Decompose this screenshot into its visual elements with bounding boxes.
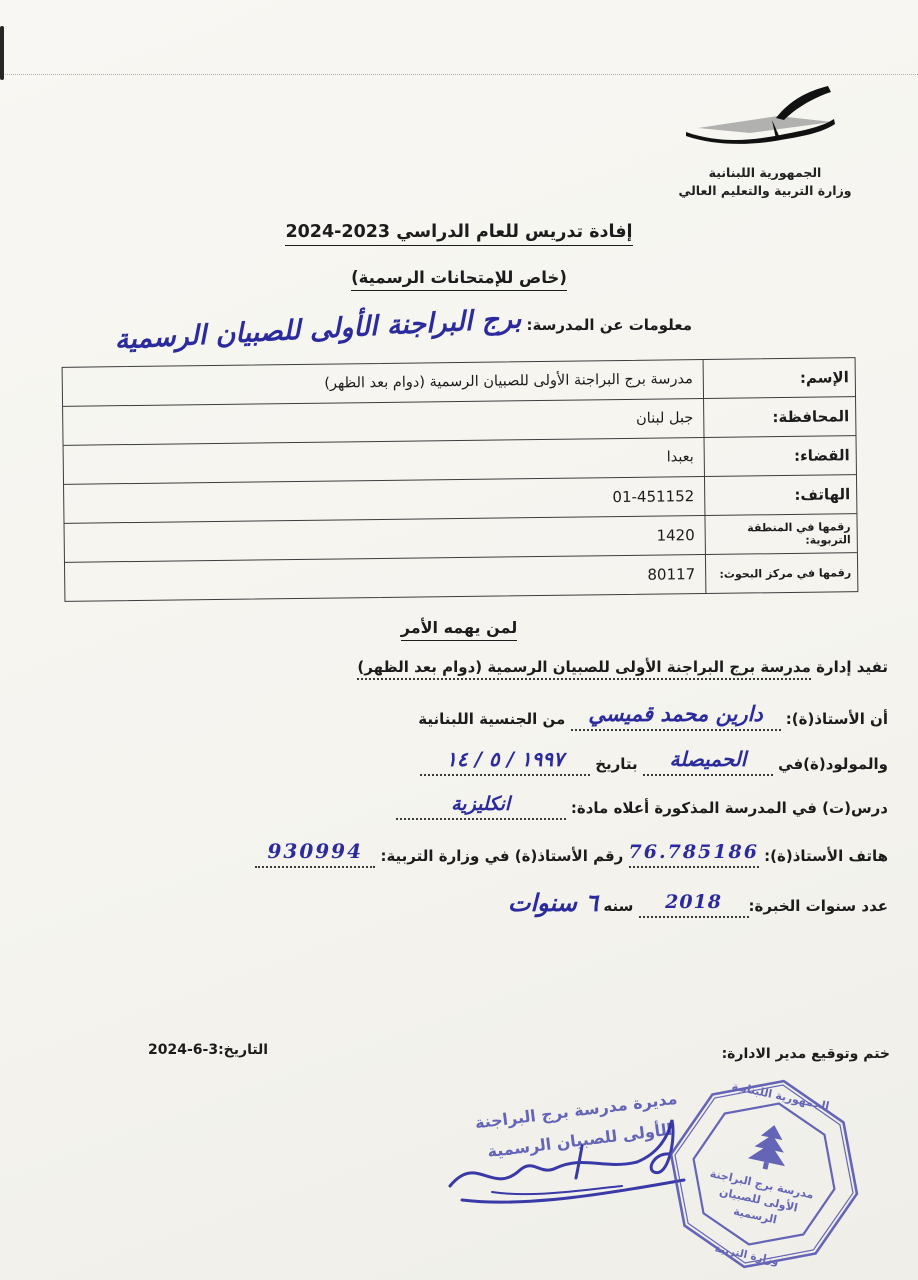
school-octagon-seal: الجمهورية اللبنانية وزارة التربية مدرسة … <box>662 1072 866 1276</box>
row-label: الهاتف: <box>704 475 856 515</box>
row-value: مدرسة برج البراجنة الأولى للصبيان الرسمي… <box>63 371 703 395</box>
scan-artifact-dotted-line <box>0 74 918 75</box>
date-value: 2024-6-3 <box>148 1042 218 1058</box>
attestation-line-6: عدد سنوات الخبرة:2018 سنه ٦ سنوات <box>40 888 888 934</box>
scan-artifact-corner-mark <box>0 26 4 80</box>
seal-ring-top-text: الجمهورية اللبنانية <box>731 1080 831 1113</box>
teacher-phone-blank: 76.785186 <box>629 844 759 868</box>
document-title: إفادة تدريس للعام الدراسي 2024-2023 <box>0 222 918 242</box>
row-value: 1420 <box>656 526 694 544</box>
row-value: 01-451152 <box>612 487 694 506</box>
handwritten-birthdate: ١٩٩٧ / ٥ / ١٤ <box>446 747 564 771</box>
teacher-name-blank: دارين محمد قميسي <box>571 704 781 731</box>
seal-ring-bottom-text: وزارة التربية <box>714 1243 780 1268</box>
handwritten-subject: انكليزية <box>451 793 510 815</box>
handwritten-school-name: برج البراجنة الأولى للصبيان الرسمية <box>114 303 522 355</box>
school-info-line: معلومات عن المدرسة: برج البراجنة الأولى … <box>114 306 692 337</box>
school-name-dotted: مدرسة برج البراجنة الأولى للصبيان الرسمي… <box>357 658 810 680</box>
handwritten-teacher-phone: 76.785186 <box>629 841 759 863</box>
attestation-line-3: والمولود(ة)في الحميصلة بتاريخ ١٩٩٧ / ٥ /… <box>40 750 888 796</box>
handwritten-birthplace: الحميصلة <box>669 747 746 771</box>
birthplace-blank: الحميصلة <box>643 750 773 776</box>
row-label: القضاء: <box>704 436 856 476</box>
handwritten-ministry-number: 930994 <box>267 839 363 863</box>
date-line: التاريخ:2024-6-3 <box>148 1042 268 1058</box>
title-years: 2024-2023 <box>285 222 390 242</box>
cedar-icon <box>748 1121 793 1166</box>
document-subtitle: (خاص للإمتحانات الرسمية) <box>0 268 918 287</box>
stamp-signature-label: ختم وتوقيع مدير الادارة: <box>722 1046 890 1062</box>
handwritten-teacher-name: دارين محمد قميسي <box>588 701 763 726</box>
attestation-body: تفيد إدارة مدرسة برج البراجنة الأولى للص… <box>40 658 888 934</box>
ministry-name: وزارة التربية والتعليم العالي <box>660 182 870 200</box>
school-info-label: معلومات عن المدرسة: <box>527 316 692 334</box>
republic-name: الجمهورية اللبنانية <box>660 164 870 182</box>
school-info-table: الإسم: مدرسة برج البراجنة الأولى للصبيان… <box>62 357 859 602</box>
open-book-logo-icon <box>680 86 850 164</box>
row-label: رقمها في مركز البحوث: <box>705 553 857 593</box>
attestation-line-4: درس(ت) في المدرسة المذكورة أعلاه مادة: ا… <box>40 796 888 842</box>
row-value: 80117 <box>647 565 695 584</box>
title-text: إفادة تدريس للعام الدراسي <box>390 222 632 242</box>
ministry-number-blank: 930994 <box>255 842 375 868</box>
birthdate-blank: ١٩٩٧ / ٥ / ١٤ <box>420 750 590 776</box>
date-label: التاريخ: <box>218 1042 268 1058</box>
attestation-line-2: أن الأستاذ(ة): دارين محمد قميسي من الجنس… <box>40 704 888 750</box>
row-value: بعبدا <box>64 449 704 473</box>
concern-heading: لمن يهمه الأمر <box>0 618 918 637</box>
row-label: الإسم: <box>703 358 855 398</box>
subject-blank: انكليزية <box>396 796 566 820</box>
attestation-line-5: هاتف الأستاذ(ة): 76.785186 رقم الأستاذ(ة… <box>40 842 888 888</box>
handwritten-experience-value: ٦ سنوات <box>508 888 598 917</box>
handwritten-experience-year: 2018 <box>665 891 722 913</box>
experience-year-blank: 2018 <box>639 894 749 918</box>
attestation-line-1: تفيد إدارة مدرسة برج البراجنة الأولى للص… <box>40 658 888 704</box>
ministry-logo-block: الجمهورية اللبنانية وزارة التربية والتعل… <box>660 86 870 200</box>
row-label: المحافظة: <box>703 397 855 437</box>
row-label: رقمها في المنطقة التربوية: <box>704 514 856 554</box>
row-value: جبل لبنان <box>63 410 703 434</box>
